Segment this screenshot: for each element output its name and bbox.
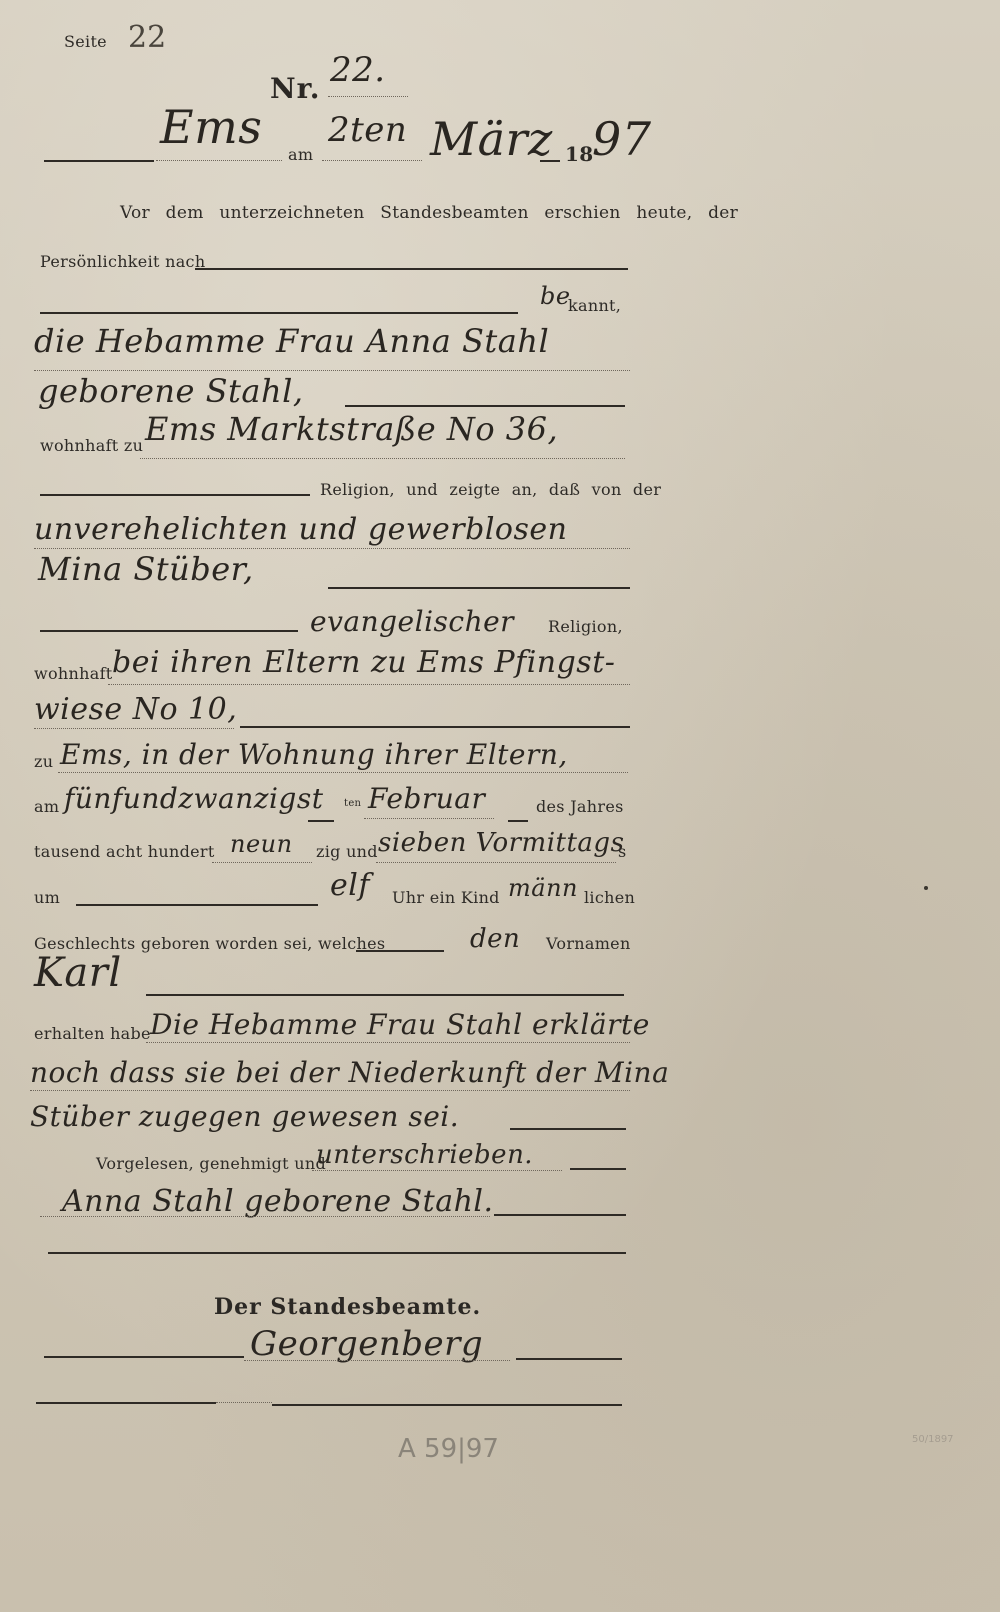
year-prefix: 18 <box>565 142 593 166</box>
year-suffix: 97 <box>592 112 652 166</box>
informant-address: Ems Marktstraße No 36, <box>145 410 558 448</box>
line <box>140 458 625 459</box>
religion-announce: Religion, und zeigte an, daß von der <box>320 480 661 499</box>
informant-line-1: die Hebamme Frau Anna Stahl <box>34 322 549 360</box>
line <box>30 1090 630 1091</box>
mother-religion: evangelischer <box>310 605 514 638</box>
on-label: am <box>34 797 59 816</box>
rule <box>146 994 624 996</box>
line <box>244 1360 510 1361</box>
informant-line-2: geborene Stahl, <box>38 372 304 410</box>
read-approved: Vorgelesen, genehmigt und <box>96 1154 326 1173</box>
line <box>34 370 630 371</box>
rule <box>570 1168 626 1170</box>
date-connector: am <box>288 145 313 164</box>
rule <box>308 820 334 822</box>
known-handwritten: be <box>540 282 571 310</box>
rule <box>40 630 298 632</box>
line <box>376 862 616 863</box>
entry-number-line <box>328 96 408 97</box>
rule <box>356 950 444 952</box>
faint-stamp: 50/1897 <box>912 1434 954 1445</box>
s-suffix: s <box>618 842 627 861</box>
line <box>212 862 312 863</box>
rule <box>44 160 154 162</box>
religion-line <box>40 494 310 496</box>
year-label: des Jahres <box>536 797 624 816</box>
remark-line-1: Die Hebamme Frau Stahl erklärte <box>150 1008 650 1041</box>
remark-line-3: Stüber zugegen gewesen sei. <box>30 1100 459 1133</box>
rule <box>510 1128 626 1130</box>
remark-line-2: noch dass sie bei der Niederkunft der Mi… <box>30 1056 669 1089</box>
time-label: Uhr ein Kind <box>392 888 500 907</box>
identity-line <box>195 268 628 270</box>
mother-address-2: wiese No 10, <box>34 692 237 727</box>
article: den <box>470 924 520 954</box>
rule <box>240 726 630 728</box>
line <box>40 1216 490 1217</box>
mother-address-1: bei ihren Eltern zu Ems Pfingst- <box>112 645 615 680</box>
received-label: erhalten habe <box>34 1024 151 1043</box>
rule <box>516 1358 622 1360</box>
place-line <box>156 160 282 161</box>
line <box>108 684 630 685</box>
birth-month: Februar <box>368 782 485 815</box>
birth-day: fünfundzwanzigst <box>64 782 323 815</box>
line <box>34 728 234 729</box>
official-title: Der Standesbeamte. <box>214 1294 481 1320</box>
place-name: Ems <box>160 100 262 154</box>
time-prefix: um <box>34 888 60 907</box>
known-suffix: kannt, <box>568 296 621 315</box>
child-name: Karl <box>34 950 122 996</box>
day-line <box>322 160 422 161</box>
tens-suffix: zig und <box>316 842 378 861</box>
birth-register-page: Seite 22 Nr. 22. Ems am 2ten März 18 97 … <box>0 0 1000 1612</box>
entry-number: 22. <box>330 50 386 90</box>
rule <box>328 587 630 589</box>
rule <box>48 1252 626 1254</box>
mother-line-1: unverehelichten und gewerblosen <box>34 512 567 547</box>
page-number: 22 <box>128 20 166 55</box>
ink-dot <box>924 886 928 890</box>
date-day: 2ten <box>328 110 407 150</box>
line <box>312 1170 562 1171</box>
day-suffix: ten <box>344 798 361 809</box>
line <box>58 772 628 773</box>
birth-tens: neun <box>230 830 293 858</box>
rule <box>76 904 318 906</box>
line <box>34 548 630 549</box>
birth-place: Ems, in der Wohnung ihrer Eltern, <box>60 738 568 771</box>
informant-signature: Anna Stahl geborene Stahl. <box>62 1184 494 1219</box>
line <box>216 1402 272 1403</box>
religion-label: Religion, <box>548 617 623 636</box>
rule <box>345 405 625 407</box>
birth-units: sieben Vormittags <box>378 828 624 858</box>
thousand-label: tausend acht hundert <box>34 842 215 861</box>
page-label: Seite <box>64 32 107 51</box>
residence2-label: wohnhaft <box>34 664 113 683</box>
entry-label: Nr. <box>270 72 321 105</box>
residence-label: wohnhaft zu <box>40 436 143 455</box>
gender-handwritten: männ <box>508 874 578 902</box>
rule <box>44 1356 244 1358</box>
rule <box>508 820 528 822</box>
rule <box>494 1214 626 1216</box>
rule <box>540 160 560 162</box>
identity-line-2 <box>40 312 518 314</box>
rule <box>36 1402 216 1404</box>
line <box>364 818 494 819</box>
gender-suffix: lichen <box>584 888 635 907</box>
rule <box>272 1404 622 1406</box>
date-month: März <box>430 112 553 166</box>
mother-name: Mina Stüber, <box>38 550 254 588</box>
line <box>146 1042 630 1043</box>
firstname-label: Vornamen <box>546 934 631 953</box>
birth-hour: elf <box>330 868 370 903</box>
identity-label: Persönlichkeit nach <box>40 252 205 271</box>
official-signature: Georgenberg <box>250 1324 483 1364</box>
intro-text: Vor dem unterzeichneten Standesbeamten e… <box>120 203 738 223</box>
pencil-note: A 59|97 <box>398 1434 499 1464</box>
signed-handwritten: unterschrieben. <box>316 1140 533 1170</box>
place-label: zu <box>34 752 53 771</box>
